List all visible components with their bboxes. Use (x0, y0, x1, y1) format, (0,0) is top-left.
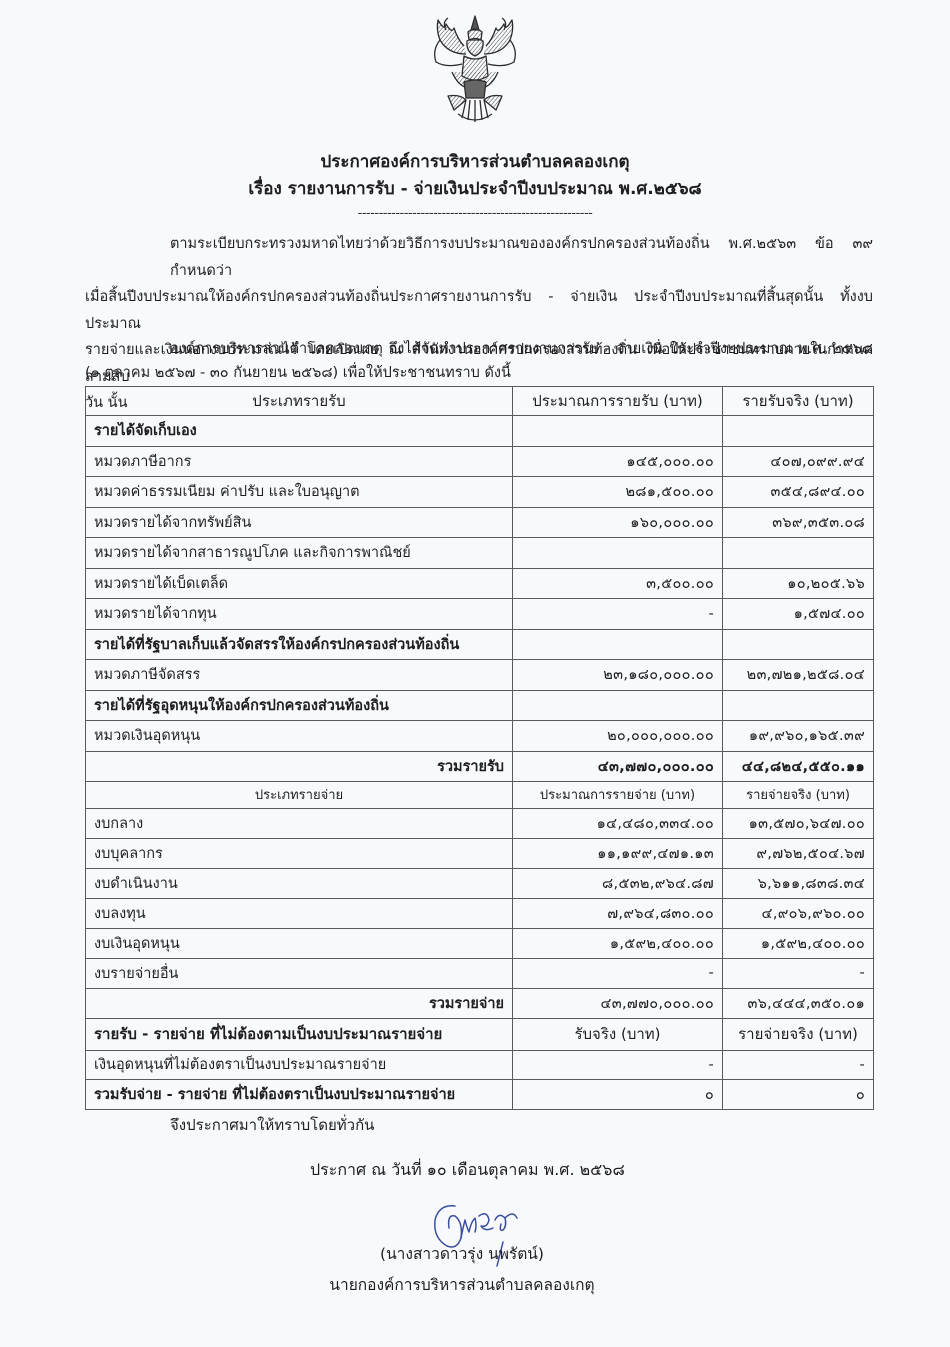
intro-paragraph-2: องค์การบริหารส่วนตำบลคลองเกตุ จึงได้จัดท… (85, 337, 873, 385)
estimate-cell: ๑๔๕,๐๐๐.๐๐ (513, 446, 723, 477)
document-title: ประกาศองค์การบริหารส่วนตำบลคลองเกตุ (0, 148, 950, 175)
item-label: งบลงทุน (86, 898, 513, 928)
estimate-cell: ๗,๙๖๔,๘๓๐.๐๐ (513, 898, 723, 928)
actual-cell (723, 416, 874, 447)
estimate-cell: - (513, 599, 723, 630)
table-row: หมวดรายได้จากสาธารณูปโภค และกิจการพาณิชย… (86, 538, 874, 569)
table-row: หมวดค่าธรรมเนียม ค่าปรับ และใบอนุญาต ๒๘๑… (86, 477, 874, 508)
estimate-cell: ๒๓,๑๘๐,๐๐๐.๐๐ (513, 660, 723, 691)
garuda-emblem-icon (418, 10, 532, 126)
table-row: รายได้จัดเก็บเอง (86, 416, 874, 447)
total-estimate: ๔๓,๗๗๐,๐๐๐.๐๐ (513, 988, 723, 1018)
estimate-cell: ๑,๕๙๒,๔๐๐.๐๐ (513, 928, 723, 958)
document-subject: เรื่อง รายงานการรับ - จ่ายเงินประจำปีงบป… (0, 175, 950, 202)
item-label: งบกลาง (86, 808, 513, 838)
actual-cell: ๑๐,๒๐๕.๖๖ (723, 568, 874, 599)
estimate-cell (513, 416, 723, 447)
estimate-cell: ๑๖๐,๐๐๐.๐๐ (513, 507, 723, 538)
column-header: ประมาณการรายจ่าย (บาท) (513, 781, 723, 808)
estimate-cell: ๓,๕๐๐.๐๐ (513, 568, 723, 599)
column-header: ประมาณการรายรับ (บาท) (513, 387, 723, 416)
paid-cell: - (723, 1050, 874, 1079)
total-actual: ๔๔,๘๒๔,๕๕๐.๑๑ (723, 751, 874, 781)
off-budget-total-row: รวมรับจ่าย - รายจ่าย ที่ไม่ต้องตราเป็นงบ… (86, 1079, 874, 1109)
table-row: หมวดภาษีอากร ๑๔๕,๐๐๐.๐๐ ๔๐๗,๐๙๙.๙๔ (86, 446, 874, 477)
actual-cell: - (723, 958, 874, 988)
item-label: งบเงินอุดหนุน (86, 928, 513, 958)
table-row: หมวดภาษีจัดสรร ๒๓,๑๘๐,๐๐๐.๐๐ ๒๓,๗๒๑,๒๕๘.… (86, 660, 874, 691)
expense-header-row: ประเภทรายจ่าย ประมาณการรายจ่าย (บาท) ราย… (86, 781, 874, 808)
item-label: งบรายจ่ายอื่น (86, 958, 513, 988)
item-label: หมวดรายได้จากทรัพย์สิน (86, 507, 513, 538)
actual-cell: ๓๖๙,๓๕๓.๐๘ (723, 507, 874, 538)
announcement-date: ประกาศ ณ วันที่ ๑๐ เดือนตุลาคม พ.ศ. ๒๕๖๘ (310, 1158, 625, 1183)
column-header: รายรับจริง (บาท) (723, 387, 874, 416)
closing-statement: จึงประกาศมาให้ทราบโดยทั่วกัน (170, 1113, 374, 1137)
column-header: รายจ่ายจริง (บาท) (723, 781, 874, 808)
total-received: ๐ (513, 1079, 723, 1109)
total-label: รวมรายจ่าย (86, 988, 513, 1018)
item-label: หมวดรายได้จากทุน (86, 599, 513, 630)
table-row: งบรายจ่ายอื่น - - (86, 958, 874, 988)
actual-cell: ๖,๖๑๑,๘๓๘.๓๔ (723, 868, 874, 898)
estimate-cell (513, 538, 723, 569)
actual-cell: ๔๐๗,๐๙๙.๙๔ (723, 446, 874, 477)
table-row: งบเงินอุดหนุน ๑,๕๙๒,๔๐๐.๐๐ ๑,๕๙๒,๔๐๐.๐๐ (86, 928, 874, 958)
column-header: รายรับ - รายจ่าย ที่ไม่ต้องตามเป็นงบประม… (86, 1018, 513, 1050)
estimate-cell: - (513, 958, 723, 988)
table-row: เงินอุดหนุนที่ไม่ต้องตราเป็นงบประมาณรายจ… (86, 1050, 874, 1079)
actual-cell (723, 629, 874, 660)
total-actual: ๓๖,๔๔๔,๓๕๐.๐๑ (723, 988, 874, 1018)
table-row: รายได้ที่รัฐบาลเก็บแล้วจัดสรรให้องค์กรปก… (86, 629, 874, 660)
income-header-row: ประเภทรายรับ ประมาณการรายรับ (บาท) รายรั… (86, 387, 874, 416)
actual-cell: ๑๓,๕๗๐,๖๔๗.๐๐ (723, 808, 874, 838)
actual-cell: ๑๙,๙๖๐,๑๖๕.๓๙ (723, 721, 874, 752)
paragraph-line: เมื่อสิ้นปีงบประมาณให้องค์กรปกครองส่วนท้… (85, 284, 873, 337)
section-label: รายได้ที่รัฐบาลเก็บแล้วจัดสรรให้องค์กรปก… (86, 629, 513, 660)
column-header: รายจ่ายจริง (บาท) (723, 1018, 874, 1050)
table-row: หมวดรายได้จากทรัพย์สิน ๑๖๐,๐๐๐.๐๐ ๓๖๙,๓๕… (86, 507, 874, 538)
item-label: งบดำเนินงาน (86, 868, 513, 898)
paragraph-line: องค์การบริหารส่วนตำบลคลองเกตุ จึงได้จัดท… (85, 337, 873, 361)
actual-cell (723, 538, 874, 569)
estimate-cell: ๑๑,๑๙๙,๔๗๑.๑๓ (513, 838, 723, 868)
item-label: งบบุคลากร (86, 838, 513, 868)
column-header: ประเภทรายจ่าย (86, 781, 513, 808)
column-header: รับจริง (บาท) (513, 1018, 723, 1050)
actual-cell: ๒๓,๗๒๑,๒๕๘.๐๔ (723, 660, 874, 691)
table-row: หมวดรายได้เบ็ดเตล็ด ๓,๕๐๐.๐๐ ๑๐,๒๐๕.๖๖ (86, 568, 874, 599)
estimate-cell: ๑๔,๔๘๐,๓๓๔.๐๐ (513, 808, 723, 838)
column-header: ประเภทรายรับ (86, 387, 513, 416)
item-label: หมวดค่าธรรมเนียม ค่าปรับ และใบอนุญาต (86, 477, 513, 508)
item-label: หมวดรายได้เบ็ดเตล็ด (86, 568, 513, 599)
signer-name: (นางสาวดาวรุ่ง นพรัตน์) (312, 1241, 612, 1266)
total-label: รวมรายรับ (86, 751, 513, 781)
section-label: รายได้จัดเก็บเอง (86, 416, 513, 447)
table-row: งบกลาง ๑๔,๔๘๐,๓๓๔.๐๐ ๑๓,๕๗๐,๖๔๗.๐๐ (86, 808, 874, 838)
item-label: หมวดภาษีอากร (86, 446, 513, 477)
actual-cell: ๔,๙๐๖,๙๖๐.๐๐ (723, 898, 874, 928)
estimate-cell: ๘,๕๓๒,๙๖๔.๘๗ (513, 868, 723, 898)
item-label: เงินอุดหนุนที่ไม่ต้องตราเป็นงบประมาณรายจ… (86, 1050, 513, 1079)
title-divider: ----------------------------------------… (0, 206, 950, 221)
income-total-row: รวมรายรับ ๔๓,๗๗๐,๐๐๐.๐๐ ๔๔,๘๒๔,๕๕๐.๑๑ (86, 751, 874, 781)
received-cell: - (513, 1050, 723, 1079)
table-row: รายได้ที่รัฐอุดหนุนให้องค์กรปกครองส่วนท้… (86, 690, 874, 721)
expense-total-row: รวมรายจ่าย ๔๓,๗๗๐,๐๐๐.๐๐ ๓๖,๔๔๔,๓๕๐.๐๑ (86, 988, 874, 1018)
total-estimate: ๔๓,๗๗๐,๐๐๐.๐๐ (513, 751, 723, 781)
estimate-cell (513, 629, 723, 660)
total-paid: ๐ (723, 1079, 874, 1109)
actual-cell: ๙,๗๖๒,๕๐๔.๖๗ (723, 838, 874, 868)
estimate-cell: ๒๘๑,๕๐๐.๐๐ (513, 477, 723, 508)
estimate-cell: ๒๐,๐๐๐,๐๐๐.๐๐ (513, 721, 723, 752)
actual-cell: ๓๕๔,๘๙๔.๐๐ (723, 477, 874, 508)
off-budget-header-row: รายรับ - รายจ่าย ที่ไม่ต้องตามเป็นงบประม… (86, 1018, 874, 1050)
table-row: งบดำเนินงาน ๘,๕๓๒,๙๖๔.๘๗ ๖,๖๑๑,๘๓๘.๓๔ (86, 868, 874, 898)
income-expense-report-table: ประเภทรายรับ ประมาณการรายรับ (บาท) รายรั… (85, 386, 874, 1110)
paragraph-line: (๑ ตุลาคม ๒๕๖๗ - ๓๐ กันยายน ๒๕๖๘) เพื่อใ… (85, 361, 873, 385)
section-label: รายได้ที่รัฐอุดหนุนให้องค์กรปกครองส่วนท้… (86, 690, 513, 721)
actual-cell: ๑,๕๙๒,๔๐๐.๐๐ (723, 928, 874, 958)
estimate-cell (513, 690, 723, 721)
total-label: รวมรับจ่าย - รายจ่าย ที่ไม่ต้องตราเป็นงบ… (86, 1079, 513, 1109)
item-label: หมวดภาษีจัดสรร (86, 660, 513, 691)
item-label: หมวดเงินอุดหนุน (86, 721, 513, 752)
paragraph-line: ตามระเบียบกระทรวงมหาดไทยว่าด้วยวิธีการงบ… (85, 231, 873, 284)
table-row: งบลงทุน ๗,๙๖๔,๘๓๐.๐๐ ๔,๙๐๖,๙๖๐.๐๐ (86, 898, 874, 928)
table-row: หมวดรายได้จากทุน - ๑,๕๗๔.๐๐ (86, 599, 874, 630)
table-row: หมวดเงินอุดหนุน ๒๐,๐๐๐,๐๐๐.๐๐ ๑๙,๙๖๐,๑๖๕… (86, 721, 874, 752)
table-row: งบบุคลากร ๑๑,๑๙๙,๔๗๑.๑๓ ๙,๗๖๒,๕๐๔.๖๗ (86, 838, 874, 868)
actual-cell: ๑,๕๗๔.๐๐ (723, 599, 874, 630)
signer-position: นายกองค์การบริหารส่วนตำบลคลองเกตุ (312, 1272, 612, 1297)
item-label: หมวดรายได้จากสาธารณูปโภค และกิจการพาณิชย… (86, 538, 513, 569)
actual-cell (723, 690, 874, 721)
